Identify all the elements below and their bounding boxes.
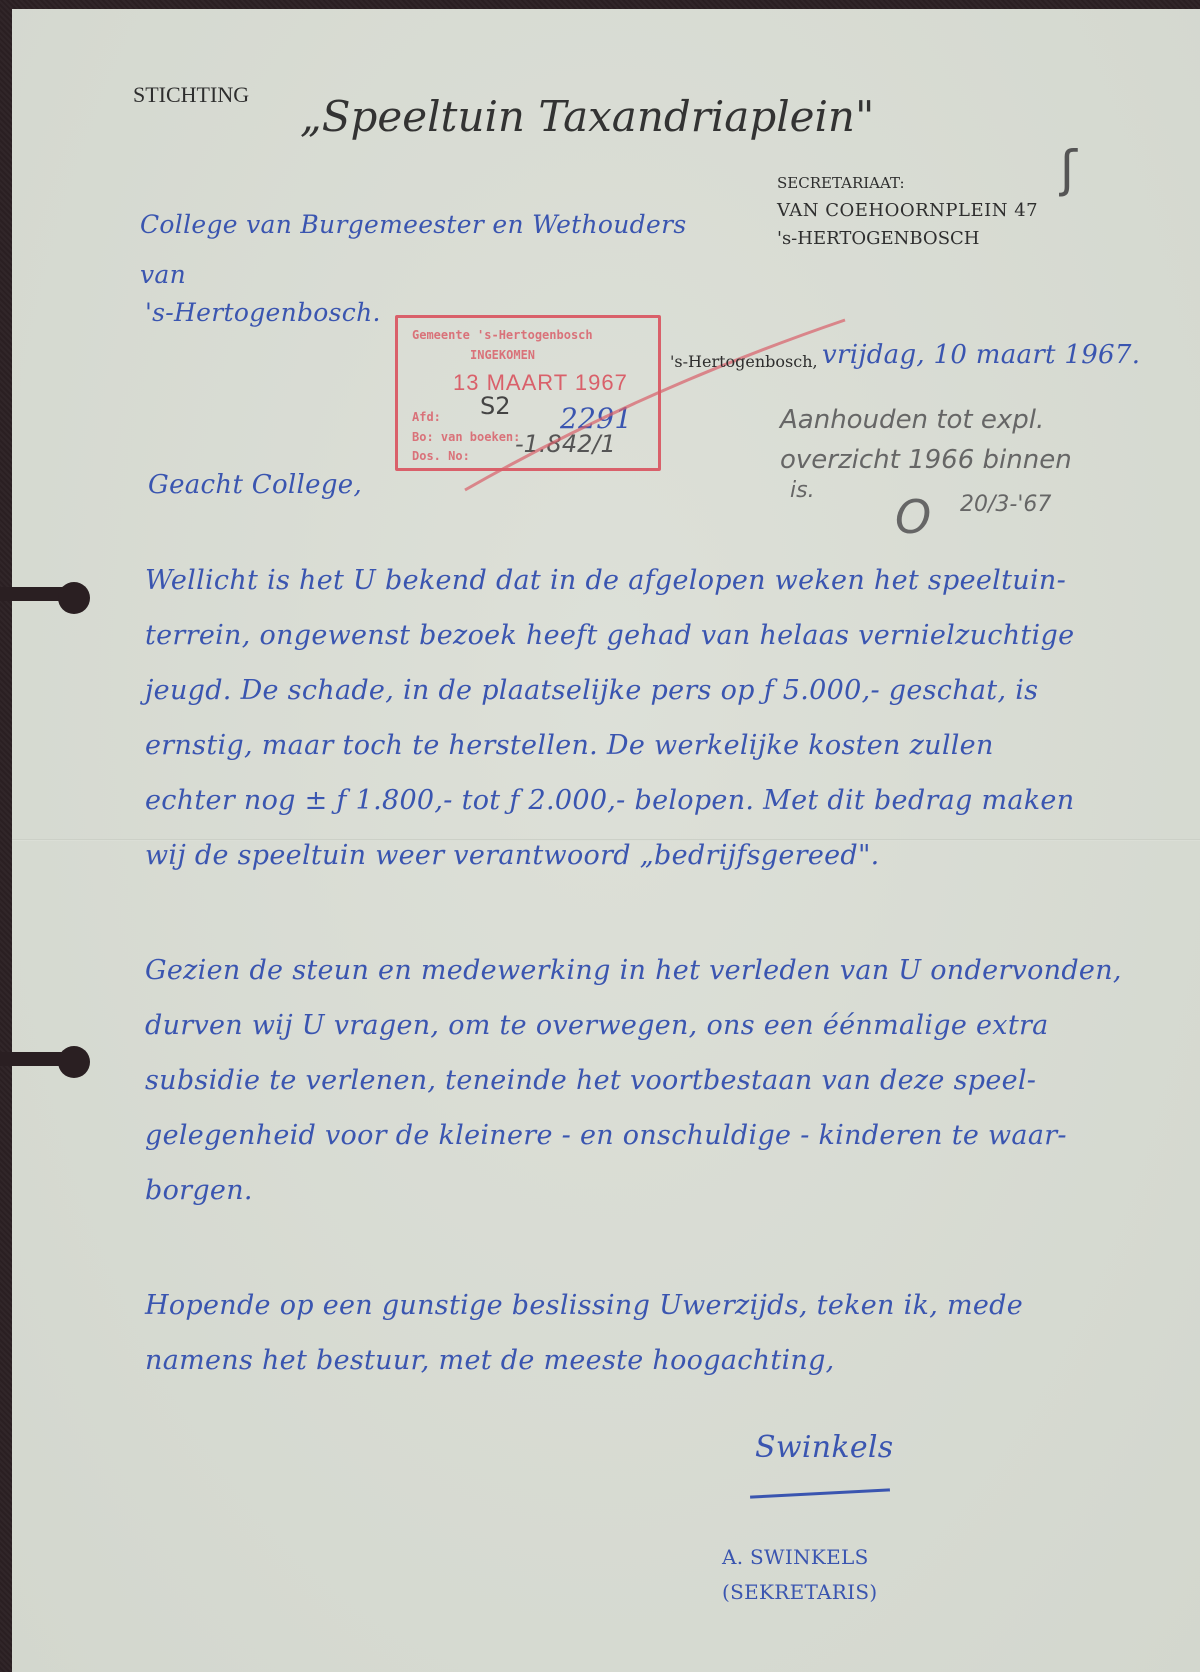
- body-line: durven wij U vragen, om te overwegen, on…: [145, 1010, 1049, 1041]
- dateline-date: vrijdag, 10 maart 1967.: [822, 340, 1140, 370]
- punch-hole-bottom: [58, 1046, 90, 1078]
- pencil-note-line1: Aanhouden tot expl.: [780, 405, 1044, 435]
- punch-hole-top: [58, 582, 90, 614]
- pencil-date: 20/3-'67: [960, 492, 1051, 517]
- recipient-line1: College van Burgemeester en Wethouders: [140, 210, 686, 239]
- pencil-initial: O: [895, 490, 931, 544]
- letterhead-prefix: STICHTING: [133, 82, 249, 108]
- body-line: ernstig, maar toch te herstellen. De wer…: [145, 730, 994, 761]
- signatory-title: (SEKRETARIS): [722, 1580, 877, 1604]
- body-line: wij de speeltuin weer verantwoord „bedri…: [145, 840, 880, 871]
- signature-scrawl: Swinkels: [755, 1430, 893, 1465]
- pencil-mark: ʃ: [1060, 140, 1077, 198]
- salutation: Geacht College,: [148, 470, 362, 500]
- body-line: borgen.: [145, 1175, 253, 1206]
- recipient-line2: van: [140, 260, 186, 289]
- body-line: terrein, ongewenst bezoek heeft gehad va…: [145, 620, 1074, 651]
- letterhead-title: „Speeltuin Taxandriaplein": [300, 92, 874, 141]
- pencil-note-line3: is.: [790, 478, 815, 503]
- signatory-name: A. SWINKELS: [722, 1545, 869, 1569]
- pencil-note-line2: overzicht 1966 binnen: [780, 445, 1072, 475]
- secretariat-address: VAN COEHOORNPLEIN 47: [777, 200, 1038, 221]
- body-line: jeugd. De schade, in de plaatselijke per…: [145, 675, 1038, 706]
- dateline-place: 's-Hertogenbosch,: [670, 352, 818, 371]
- recipient-line3: 's-Hertogenbosch.: [145, 298, 381, 327]
- body-line: Hopende op een gunstige beslissing Uwerz…: [145, 1290, 1023, 1321]
- body-line: echter nog ± ƒ 1.800,- tot ƒ 2.000,- bel…: [145, 785, 1074, 816]
- stamp-afd-label: Afd:: [412, 410, 441, 424]
- body-line: gelegenheid voor de kleinere - en onschu…: [145, 1120, 1067, 1151]
- body-line: subsidie te verlenen, teneinde het voort…: [145, 1065, 1036, 1096]
- body-line: Gezien de steun en medewerking in het ve…: [145, 955, 1122, 986]
- secretariat-label: SECRETARIAAT:: [777, 174, 905, 192]
- secretariat-city: 's-HERTOGENBOSCH: [777, 228, 980, 249]
- body-line: namens het bestuur, met de meeste hoogac…: [145, 1345, 835, 1376]
- body-line: Wellicht is het U bekend dat in de afgel…: [145, 565, 1066, 596]
